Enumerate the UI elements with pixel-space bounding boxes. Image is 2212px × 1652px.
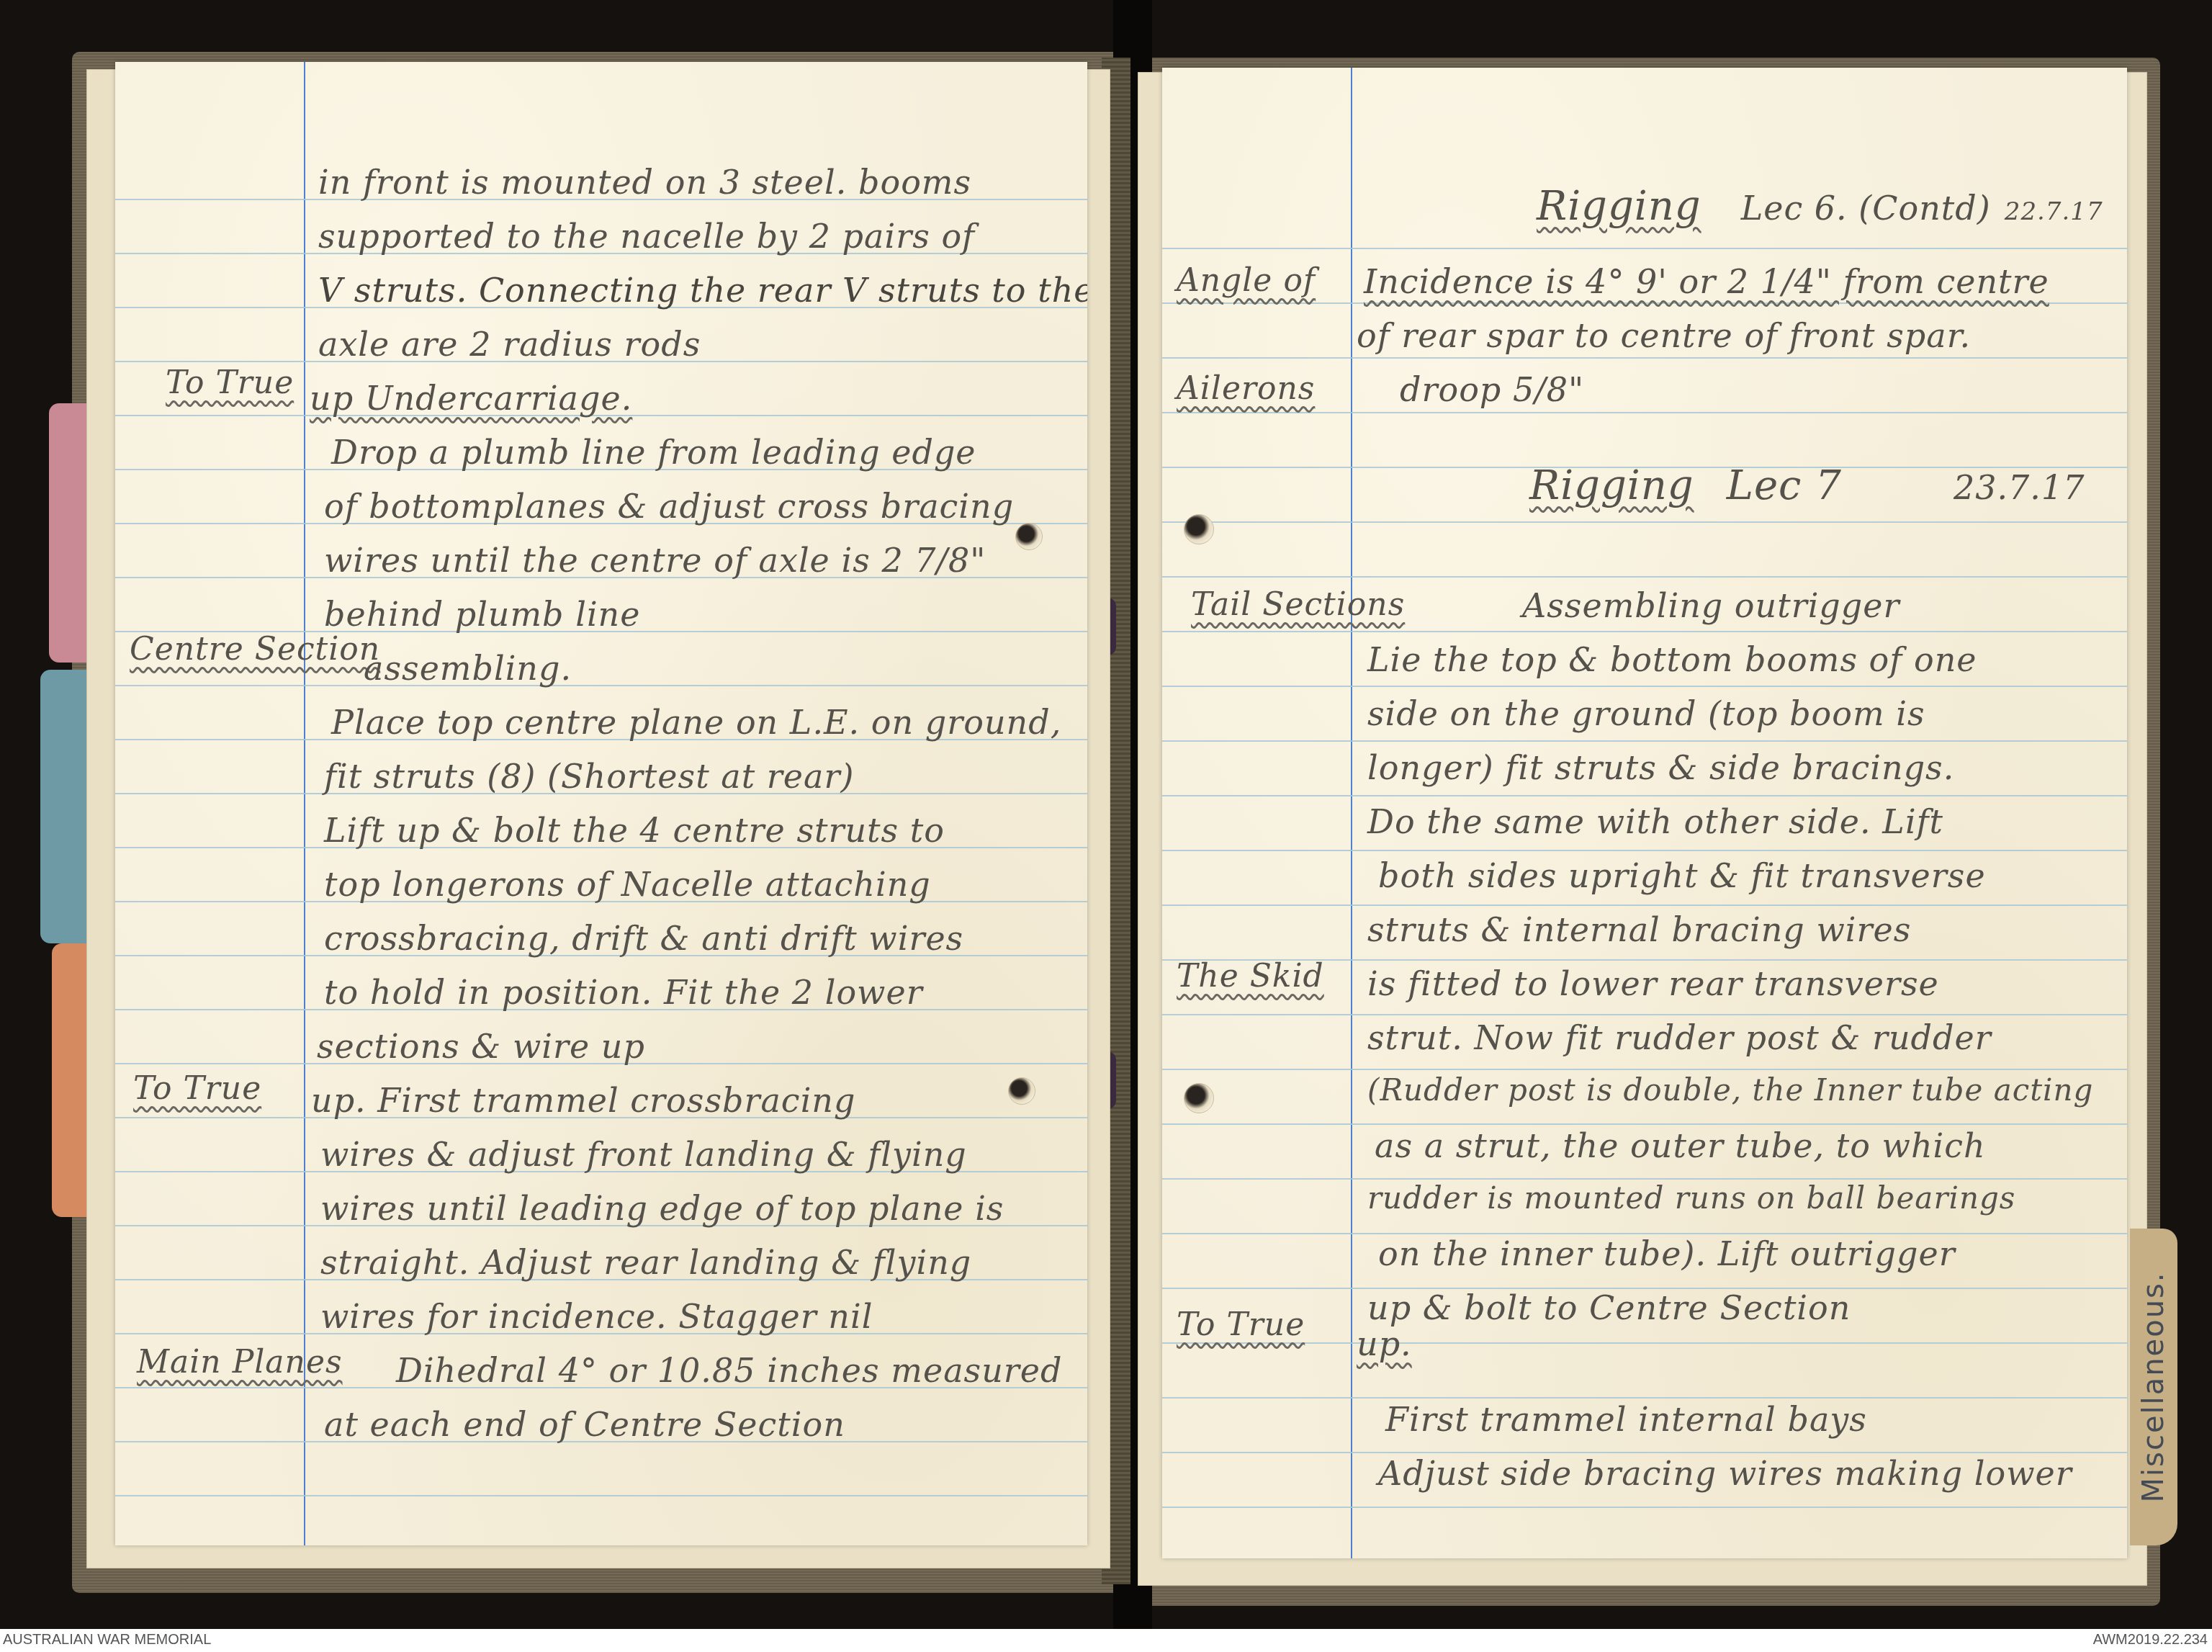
text-line: in front is mounted on 3 steel. booms — [318, 163, 971, 202]
heading-title: Rigging — [1537, 183, 1701, 230]
accession-number: AWM2019.22.234 — [2093, 1632, 2208, 1648]
text-line: rudder is mounted runs on ball bearings — [1367, 1180, 2015, 1216]
lecture-heading: Rigging Lec 6. (Contd) 22.7.17 — [1537, 183, 2103, 230]
text-line: Lift up & bolt the 4 centre struts to — [324, 811, 945, 850]
text-line: up & bolt to Centre Section — [1367, 1288, 1851, 1327]
text-line: up. First trammel crossbracing — [311, 1081, 855, 1120]
margin-note: To True — [1177, 1306, 1305, 1343]
heading-lecture: Lec 7 — [1727, 462, 1842, 509]
rule-line — [1162, 850, 2127, 851]
margin-note: Tail Sections — [1191, 586, 1405, 623]
text-line: to hold in position. Fit the 2 lower — [324, 973, 923, 1012]
rule-line — [1162, 576, 2127, 578]
rule-line — [1162, 740, 2127, 742]
rule-line — [1162, 1123, 2127, 1125]
text-line: axle are 2 radius rods — [318, 325, 701, 364]
institution-credit: AUSTRALIAN WAR MEMORIAL — [3, 1632, 211, 1648]
lecture-heading: Rigging Lec 7 23.7.17 — [1529, 462, 2085, 509]
rule-line — [1162, 795, 2127, 796]
text-line: sections & wire up — [317, 1027, 645, 1066]
heading-lecture: Lec 6. (Contd) — [1741, 189, 1991, 228]
text-line: of bottomplanes & adjust cross bracing — [324, 487, 1014, 526]
margin-line — [304, 62, 305, 1545]
text-line: Drop a plumb line from leading edge — [331, 433, 976, 472]
text-line: crossbracing, drift & anti drift wires — [324, 919, 963, 958]
text-line: wires for incidence. Stagger nil — [320, 1297, 873, 1336]
text-line: Assembling outrigger — [1522, 586, 1899, 625]
left-page: To True Centre Section To True Main Plan… — [115, 62, 1087, 1545]
text-line: Dihedral 4° or 10.85 inches measured — [396, 1351, 1062, 1390]
text-line: Adjust side bracing wires making lower — [1378, 1454, 2072, 1493]
rule-line — [1162, 686, 2127, 687]
text-line: Place top centre plane on L.E. on ground… — [331, 703, 1061, 742]
margin-note: The Skid — [1177, 958, 1324, 995]
text-line: assembling. — [364, 649, 572, 688]
text-line: Lie the top & bottom booms of one — [1367, 640, 1977, 679]
rule-line — [1162, 412, 2127, 413]
rule-line — [1162, 1342, 2127, 1344]
rule-line — [115, 1495, 1087, 1496]
text-line: wires until the centre of axle is 2 7/8" — [324, 541, 986, 580]
rule-line — [1162, 521, 2127, 523]
text-line: (Rudder post is double, the Inner tube a… — [1367, 1072, 2093, 1108]
rule-line — [1162, 1397, 2127, 1399]
text-line: side on the ground (top boom is — [1367, 694, 1925, 733]
punch-hole — [1015, 523, 1043, 550]
rule-line — [1162, 1014, 2127, 1015]
text-line: behind plumb line — [324, 595, 640, 634]
margin-note: To True — [133, 1070, 261, 1107]
text-line: Incidence is 4° 9' or 2 1/4" from centre — [1364, 262, 2049, 301]
text-line: Do the same with other side. Lift — [1367, 802, 1943, 841]
margin-note: Centre Section — [130, 631, 380, 668]
rule-line — [115, 685, 1087, 686]
text-line: up Undercarriage. — [310, 379, 632, 418]
punch-hole — [1008, 1077, 1035, 1105]
rule-line — [1162, 1178, 2127, 1180]
text-line: wires until leading edge of top plane is — [320, 1189, 1004, 1228]
text-line: droop 5/8" — [1400, 370, 1584, 409]
text-line: longer) fit struts & side bracings. — [1367, 748, 1954, 787]
text-line: V struts. Connecting the rear V struts t… — [318, 271, 1087, 310]
rule-line — [1162, 631, 2127, 632]
text-line: supported to the nacelle by 2 pairs of — [318, 217, 975, 256]
text-line: straight. Adjust rear landing & flying — [320, 1243, 971, 1282]
text-line: on the inner tube). Lift outrigger — [1378, 1234, 1956, 1273]
margin-note: Main Planes — [137, 1344, 343, 1381]
index-tab-blue[interactable] — [40, 670, 92, 943]
rule-line — [1162, 248, 2127, 249]
rule-line — [1162, 302, 2127, 304]
text-line: First trammel internal bays — [1385, 1400, 1867, 1439]
margin-note: To True — [166, 364, 294, 401]
rule-line — [1162, 1507, 2127, 1508]
text-line: strut. Now fit rudder post & rudder — [1367, 1018, 1992, 1057]
text-line: of rear spar to centre of front spar. — [1357, 316, 1971, 355]
rule-line — [1162, 904, 2127, 906]
text-line: as a strut, the outer tube, to which — [1375, 1126, 1986, 1165]
rule-line — [1162, 1069, 2127, 1070]
text-line: top longerons of Nacelle attaching — [324, 865, 931, 904]
text-line: at each end of Centre Section — [324, 1405, 845, 1444]
side-tab-label: Miscellaneous. — [2137, 1271, 2170, 1502]
text-line: up. — [1357, 1324, 1412, 1363]
punch-hole — [1184, 1083, 1214, 1113]
heading-date: 22.7.17 — [2005, 197, 2103, 226]
heading-date: 23.7.17 — [1954, 468, 2085, 507]
rule-line — [1162, 1452, 2127, 1453]
margin-note: Angle of — [1177, 262, 1316, 299]
text-line: is fitted to lower rear transverse — [1367, 964, 1939, 1003]
footer-bar: AUSTRALIAN WAR MEMORIAL AWM2019.22.234 — [0, 1629, 2212, 1652]
text-line: fit struts (8) (Shortest at rear) — [324, 757, 854, 796]
index-tab-pink[interactable] — [49, 403, 92, 663]
right-page: Rigging Lec 6. (Contd) 22.7.17 Angle of … — [1162, 68, 2127, 1558]
punch-hole — [1184, 514, 1214, 544]
text-line: struts & internal bracing wires — [1367, 910, 1911, 949]
margin-note: Ailerons — [1177, 370, 1315, 407]
margin-line — [1351, 68, 1352, 1558]
heading-title: Rigging — [1529, 462, 1694, 509]
rule-line — [1162, 357, 2127, 359]
text-line: both sides upright & fit transverse — [1378, 856, 1986, 895]
text-line: wires & adjust front landing & flying — [320, 1135, 967, 1174]
